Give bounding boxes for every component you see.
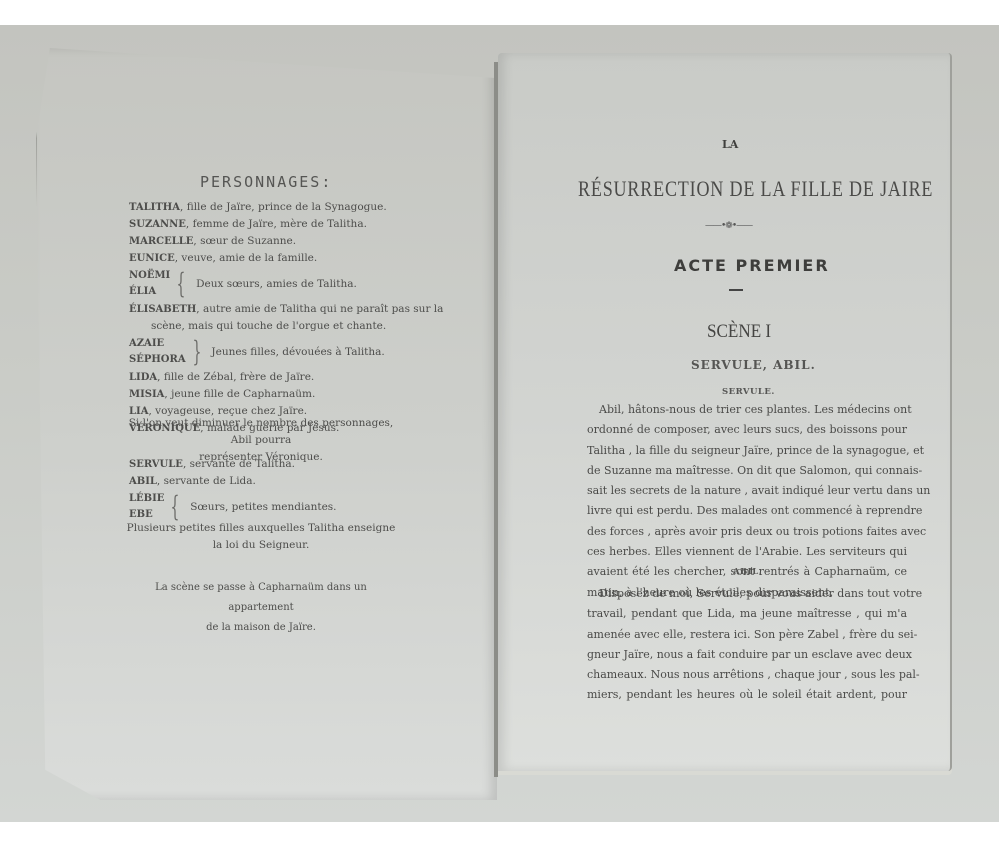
ornament-divider: ——•❁•—— xyxy=(705,221,752,231)
cast-desc: Sœurs, petites mendiantes. xyxy=(190,499,336,516)
cast-name: ÉLISABETH xyxy=(129,304,196,315)
cast-name: MISIA xyxy=(129,389,164,400)
cast-desc: , servante de Talitha. xyxy=(183,458,295,470)
act-heading: ACTE PREMIER xyxy=(674,256,830,275)
title-prefix: LA xyxy=(722,138,738,151)
text-line: livre qui est perdu. Des malades ont com… xyxy=(587,501,907,521)
cast-entry: MISIA, jeune fille de Capharnaüm. xyxy=(129,386,443,403)
cast-desc: , servante de Lida. xyxy=(157,475,256,487)
cast-entry: ÉLISABETH, autre amie de Talitha qui ne … xyxy=(129,301,443,318)
cast-entry-continuation: scène, mais qui touche de l'orgue et cha… xyxy=(129,318,443,335)
scene-characters: SERVULE, ABIL. xyxy=(691,358,816,372)
cast-entry: EUNICE, veuve, amie de la famille. xyxy=(129,250,443,267)
text-line: des forces , après avoir pris deux ou tr… xyxy=(587,522,907,542)
speaker-label: SERVULE. xyxy=(722,387,775,397)
cast-name: SERVULE xyxy=(129,459,183,470)
brace-icon: { xyxy=(177,270,186,298)
cast-name: LIDA xyxy=(129,372,157,383)
cast-name: AZAIE xyxy=(129,336,186,352)
cast-desc: , femme de Jaïre, mère de Talitha. xyxy=(186,218,367,230)
cast-list: TALITHA, fille de Jaïre, prince de la Sy… xyxy=(129,199,443,437)
cast-name: ABIL xyxy=(129,476,157,487)
cast-desc: , sœur de Suzanne. xyxy=(193,235,296,247)
cast-desc: , jeune fille de Capharnaüm. xyxy=(164,388,315,400)
text-line: travail, pendant que Lida, ma jeune maît… xyxy=(587,604,907,624)
text-line: ces herbes. Elles viennent de l'Arabie. … xyxy=(587,542,907,562)
cast-entry: MARCELLE, sœur de Suzanne. xyxy=(129,233,443,250)
cast-name: LÉBIE xyxy=(129,491,164,507)
cast-desc: , fille de Jaïre, prince de la Synagogue… xyxy=(180,201,387,213)
cast-entry: SERVULE, servante de Talitha. xyxy=(129,456,337,473)
cast-group-young-girls: AZAIESÉPHORA } Jeunes filles, dévouées à… xyxy=(129,335,443,369)
cast-list-servants: SERVULE, servante de Talitha. ABIL, serv… xyxy=(129,456,337,524)
setting-note: La scène se passe à Capharnaüm dans un a… xyxy=(121,578,401,638)
cast-desc: Deux sœurs, amies de Talitha. xyxy=(196,276,357,293)
text-line: gneur Jaïre, nous a fait conduire par un… xyxy=(587,645,907,665)
cast-name: SUZANNE xyxy=(129,219,186,230)
text-line: Disposez de moi, Servule, pour vous aide… xyxy=(587,584,907,604)
cast-entry: LIDA, fille de Zébal, frère de Jaïre. xyxy=(129,369,443,386)
speaker-label: ABIL. xyxy=(733,567,762,577)
text-line: Talitha , la fille du seigneur Jaïre, pr… xyxy=(587,441,907,461)
text-line: miers, pendant les heures où le soleil é… xyxy=(587,685,907,705)
text-line: amenée avec elle, restera ici. Son père … xyxy=(587,625,907,645)
text-line: sait les secrets de la nature , avait in… xyxy=(587,481,907,501)
cast-name: NOËMI xyxy=(129,268,170,284)
text-line: ordonné de composer, avec leurs sucs, de… xyxy=(587,420,907,440)
cast-desc: , veuve, amie de la famille. xyxy=(175,252,318,264)
cast-group-sisters: NOËMIÉLIA { Deux sœurs, amies de Talitha… xyxy=(129,267,443,301)
cast-name: ÉLIA xyxy=(129,284,170,300)
cast-entry: ABIL, servante de Lida. xyxy=(129,473,337,490)
extras-note: Plusieurs petites filles auxquelles Tali… xyxy=(121,520,401,554)
cast-name: MARCELLE xyxy=(129,236,193,247)
speech-abil: Disposez de moi, Servule, pour vous aide… xyxy=(587,584,907,706)
text-line: Abil, hâtons-nous de trier ces plantes. … xyxy=(587,400,907,420)
cast-entry: SUZANNE, femme de Jaïre, mère de Talitha… xyxy=(129,216,443,233)
cast-desc: Jeunes filles, dévouées à Talitha. xyxy=(211,344,384,361)
cast-name: TALITHA xyxy=(129,202,180,213)
cast-name: EUNICE xyxy=(129,253,175,264)
scene-heading: SCÈNE I xyxy=(707,321,771,343)
play-title: RÉSURRECTION DE LA FILLE DE JAIRE xyxy=(578,176,933,202)
text-line: de Suzanne ma maîtresse. On dit que Salo… xyxy=(587,461,907,481)
act-rule xyxy=(729,289,743,291)
cast-group-beggars: LÉBIEEBE { Sœurs, petites mendiantes. xyxy=(129,490,337,524)
cast-desc: , fille de Zébal, frère de Jaïre. xyxy=(157,371,314,383)
personnages-heading: PERSONNAGES: xyxy=(200,173,332,191)
text-line: chameaux. Nous nous arrêtions , chaque j… xyxy=(587,665,907,685)
brace-icon: } xyxy=(192,338,201,366)
cast-desc: , autre amie de Talitha qui ne paraît pa… xyxy=(196,303,443,315)
cast-name: SÉPHORA xyxy=(129,352,186,368)
brace-icon: { xyxy=(171,493,180,521)
cast-entry: TALITHA, fille de Jaïre, prince de la Sy… xyxy=(129,199,443,216)
